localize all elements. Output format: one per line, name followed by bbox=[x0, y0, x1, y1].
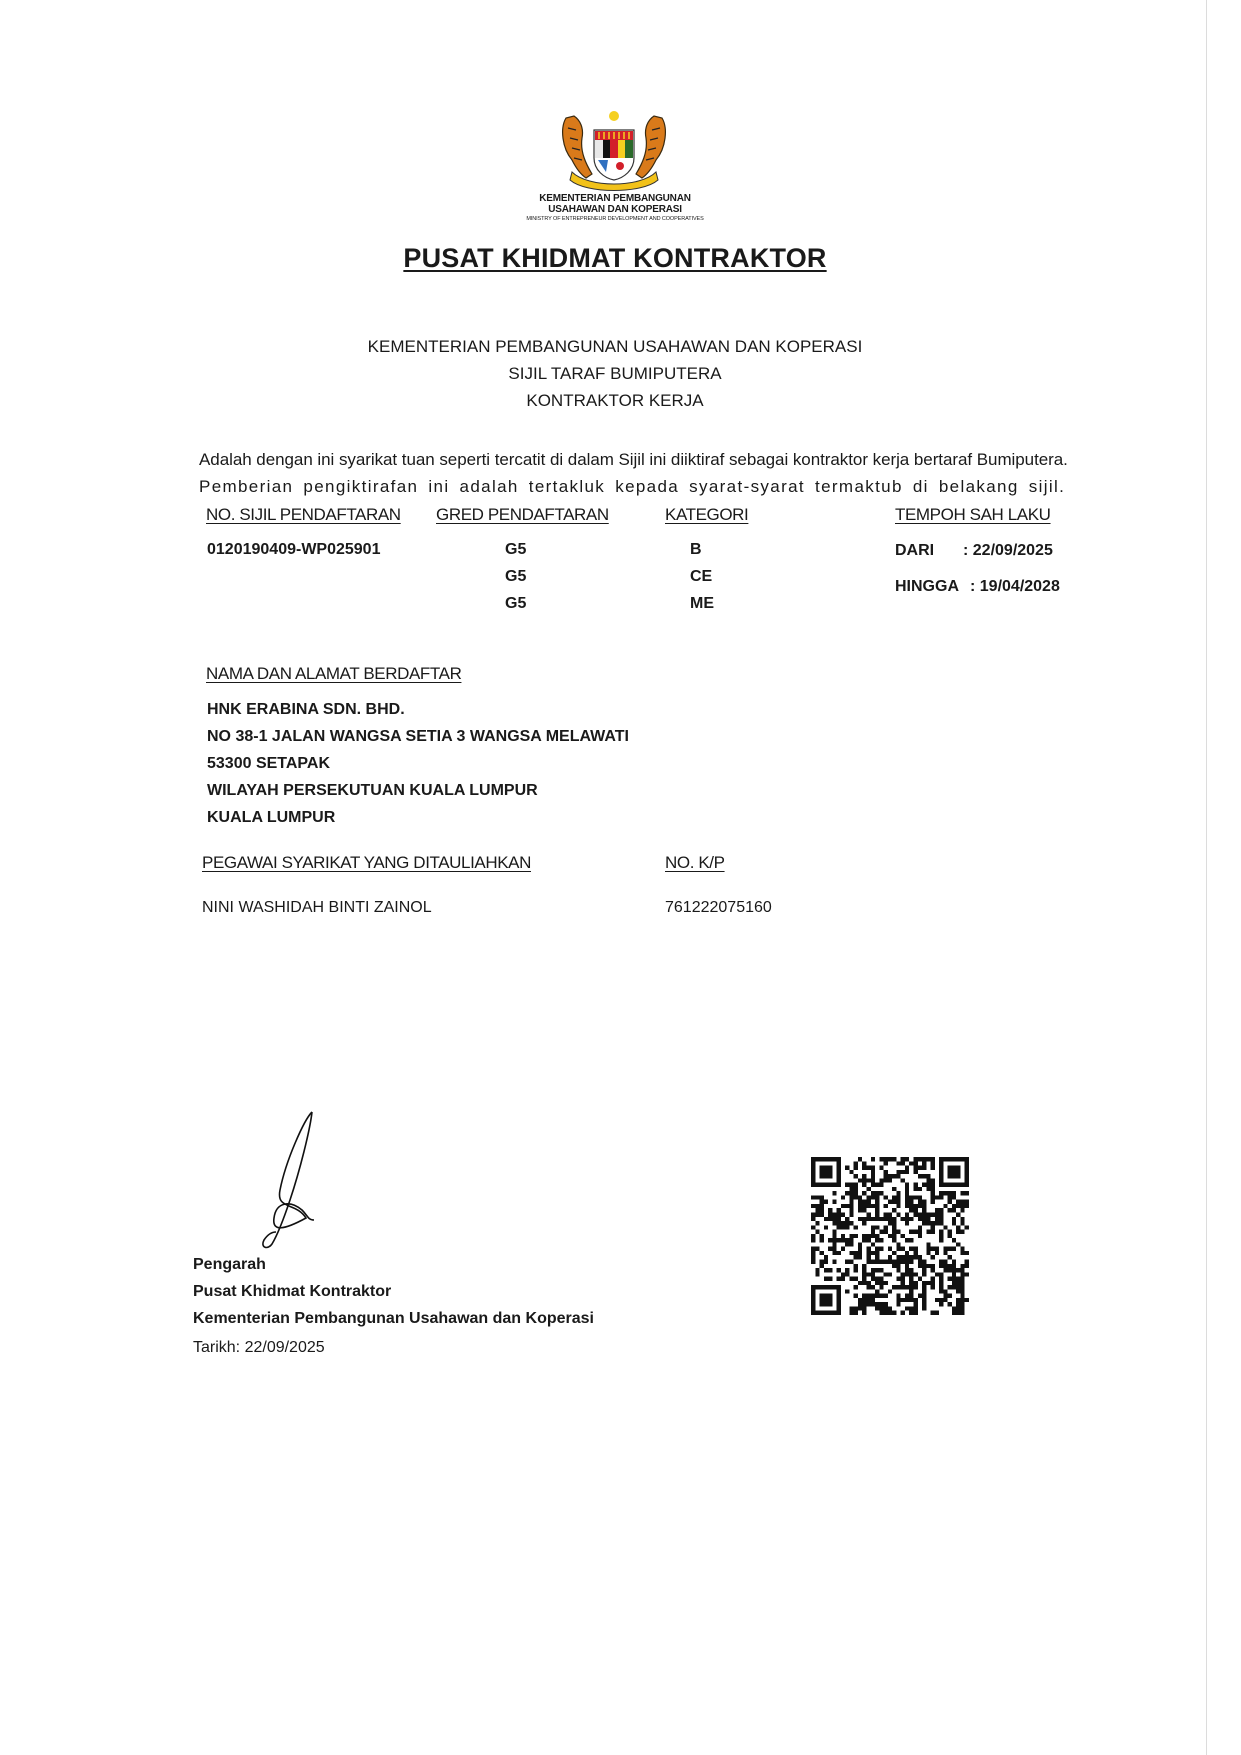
header-certificate-type: SIJIL TARAF BUMIPUTERA bbox=[0, 360, 1230, 387]
validity-to-label: HINGGA bbox=[895, 578, 959, 596]
signatory-department: Pusat Khidmat Kontraktor bbox=[193, 1278, 594, 1305]
category-row: ME bbox=[690, 590, 714, 617]
page-title: PUSAT KHIDMAT KONTRAKTOR bbox=[0, 243, 1230, 274]
header-validity: TEMPOH SAH LAKU bbox=[895, 505, 1051, 525]
validity-to-value: : 19/04/2028 bbox=[970, 578, 1060, 596]
signature-icon bbox=[250, 1110, 340, 1250]
cert-no-value: 0120190409-WP025901 bbox=[207, 541, 380, 559]
header-grade: GRED PENDAFTARAN bbox=[436, 505, 609, 525]
intro-line-2: Pemberian pengiktirafan ini adalah terta… bbox=[199, 473, 1129, 500]
qr-code-icon bbox=[811, 1157, 969, 1315]
grade-list: G5 G5 G5 bbox=[505, 536, 526, 617]
header-contractor-type: KONTRAKTOR KERJA bbox=[0, 387, 1230, 414]
ministry-logo-line2: USAHAWAN DAN KOPERASI bbox=[480, 204, 750, 215]
malaysia-coat-of-arms-icon bbox=[558, 108, 670, 192]
header-registered-address: NAMA DAN ALAMAT BERDAFTAR bbox=[206, 664, 461, 684]
header-ministry: KEMENTERIAN PEMBANGUNAN USAHAWAN DAN KOP… bbox=[0, 333, 1230, 360]
grade-row: G5 bbox=[505, 563, 526, 590]
address-line-1: NO 38-1 JALAN WANGSA SETIA 3 WANGSA MELA… bbox=[207, 723, 629, 750]
intro-line-1: Adalah dengan ini syarikat tuan seperti … bbox=[199, 446, 1129, 473]
grade-row: G5 bbox=[505, 536, 526, 563]
signatory-ministry: Kementerian Pembangunan Usahawan dan Kop… bbox=[193, 1305, 594, 1332]
signatory-block: Pengarah Pusat Khidmat Kontraktor Kement… bbox=[193, 1251, 594, 1332]
address-line-3: WILAYAH PERSEKUTUAN KUALA LUMPUR bbox=[207, 777, 629, 804]
address-line-2: 53300 SETAPAK bbox=[207, 750, 629, 777]
registered-address-block: HNK ERABINA SDN. BHD. NO 38-1 JALAN WANG… bbox=[207, 696, 629, 831]
address-line-4: KUALA LUMPUR bbox=[207, 804, 629, 831]
certificate-header: KEMENTERIAN PEMBANGUNAN USAHAWAN DAN KOP… bbox=[0, 333, 1230, 414]
officer-name: NINI WASHIDAH BINTI ZAINOL bbox=[202, 899, 432, 917]
officer-ic-no: 761222075160 bbox=[665, 899, 772, 917]
category-list: B CE ME bbox=[690, 536, 714, 617]
category-row: B bbox=[690, 536, 714, 563]
validity-from-label: DARI bbox=[895, 542, 934, 560]
ministry-logo-text: KEMENTERIAN PEMBANGUNAN USAHAWAN DAN KOP… bbox=[480, 193, 750, 223]
header-officer-ic: NO. K/P bbox=[665, 853, 725, 873]
intro-paragraph: Adalah dengan ini syarikat tuan seperti … bbox=[199, 446, 1129, 500]
header-officer-name: PEGAWAI SYARIKAT YANG DITAULIAHKAN bbox=[202, 853, 531, 873]
validity-from-value: : 22/09/2025 bbox=[963, 542, 1053, 560]
grade-row: G5 bbox=[505, 590, 526, 617]
header-cert-no: NO. SIJIL PENDAFTARAN bbox=[206, 505, 401, 525]
company-name: HNK ERABINA SDN. BHD. bbox=[207, 696, 629, 723]
header-category: KATEGORI bbox=[665, 505, 748, 525]
ministry-logo-line1: KEMENTERIAN PEMBANGUNAN bbox=[480, 193, 750, 204]
signatory-title: Pengarah bbox=[193, 1251, 594, 1278]
category-row: CE bbox=[690, 563, 714, 590]
ministry-logo-line3: MINISTRY OF ENTREPRENEUR DEVELOPMENT AND… bbox=[480, 215, 750, 223]
issue-date: Tarikh: 22/09/2025 bbox=[193, 1339, 325, 1357]
